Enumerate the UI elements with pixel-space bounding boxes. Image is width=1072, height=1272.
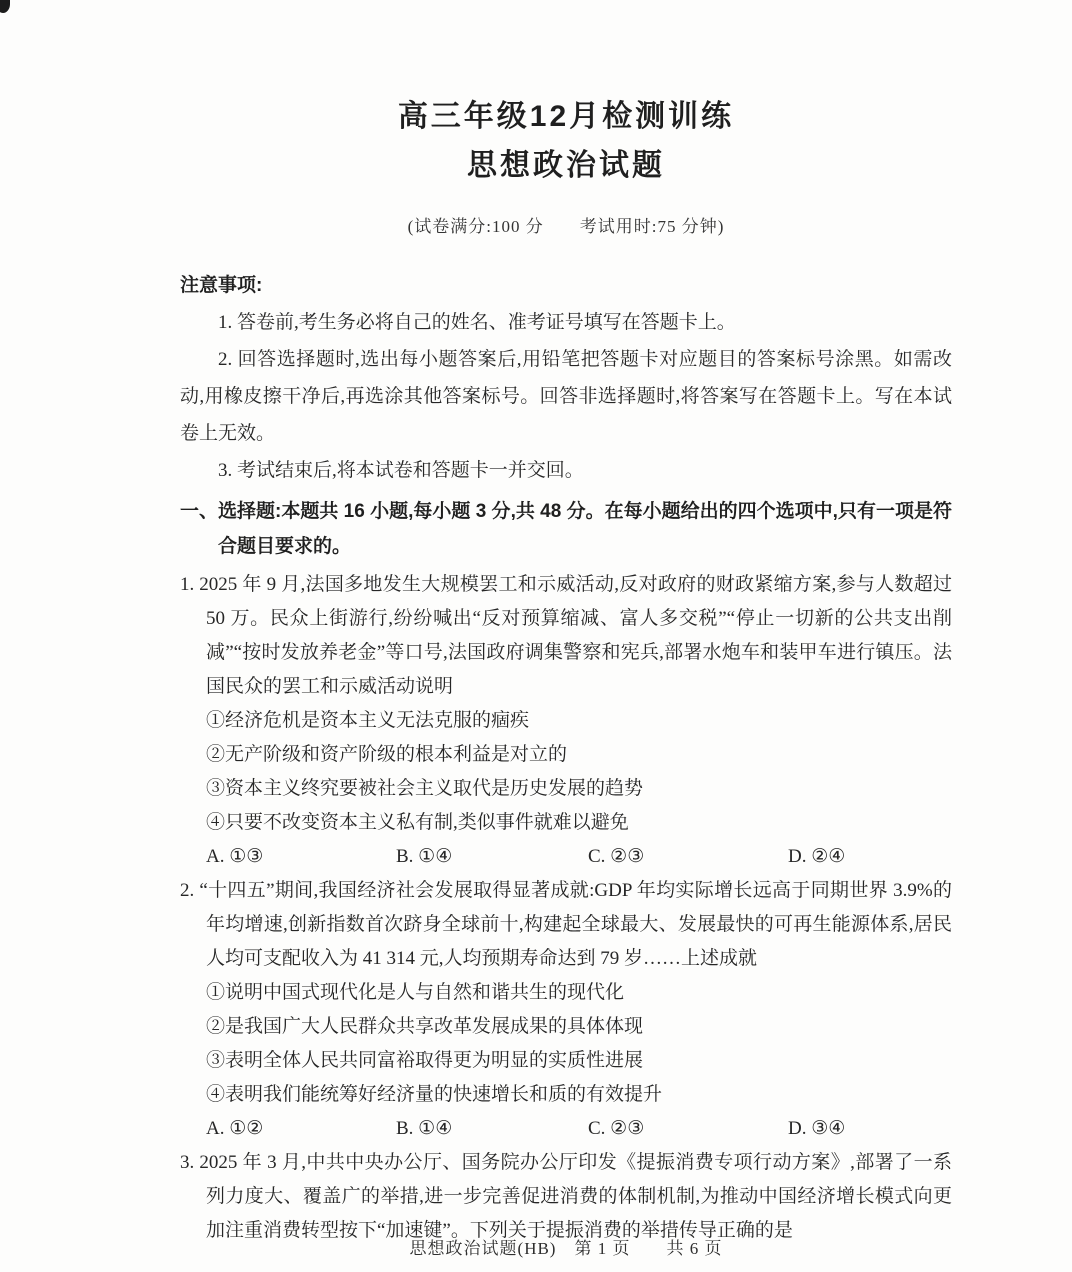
paper-title-line1: 高三年级12月检测训练	[180, 92, 952, 141]
question-1-option-a: A. ①③	[206, 840, 396, 874]
question-2-option-a: A. ①②	[206, 1112, 396, 1146]
question-3-stem: 3. 2025 年 3 月,中共中央办公厅、国务院办公厅印发《提振消费专项行动方…	[180, 1146, 952, 1248]
paper-title-line2: 思想政治试题	[180, 141, 952, 190]
question-2-item-2: ②是我国广大人民群众共享改革发展成果的具体体现	[180, 1010, 952, 1044]
question-2-text: “十四五”期间,我国经济社会发展取得显著成就:GDP 年均实际增长远高于同期世界…	[199, 880, 952, 969]
exam-info: (试卷满分:100 分 考试用时:75 分钟)	[180, 212, 952, 237]
question-1-options: A. ①③ B. ①④ C. ②③ D. ②④	[180, 840, 952, 874]
question-1: 1. 2025 年 9 月,法国多地发生大规模罢工和示威活动,反对政府的财政紧缩…	[180, 568, 952, 874]
question-1-stem: 1. 2025 年 9 月,法国多地发生大规模罢工和示威活动,反对政府的财政紧缩…	[180, 568, 952, 704]
choice-questions-section: 一、选择题:本题共 16 小题,每小题 3 分,共 48 分。在每小题给出的四个…	[180, 494, 952, 1248]
note-item-3: 3. 考试结束后,将本试卷和答题卡一并交回。	[180, 452, 952, 489]
question-2-options: A. ①② B. ①④ C. ②③ D. ③④	[180, 1112, 952, 1146]
question-2-item-4: ④表明我们能统筹好经济量的快速增长和质的有效提升	[180, 1078, 952, 1112]
question-1-text: 2025 年 9 月,法国多地发生大规模罢工和示威活动,反对政府的财政紧缩方案,…	[199, 574, 952, 697]
question-1-option-d: D. ②④	[788, 840, 845, 874]
question-3-number: 3.	[180, 1152, 194, 1173]
question-2-option-c: C. ②③	[588, 1112, 788, 1146]
question-2-option-b: B. ①④	[396, 1112, 588, 1146]
paper-header: 高三年级12月检测训练 思想政治试题 (试卷满分:100 分 考试用时:75 分…	[180, 92, 952, 237]
note-item-1: 1. 答卷前,考生务必将自己的姓名、准考证号填写在答题卡上。	[180, 304, 952, 341]
question-3-text: 2025 年 3 月,中共中央办公厅、国务院办公厅印发《提振消费专项行动方案》,…	[199, 1152, 952, 1241]
question-1-option-c: C. ②③	[588, 840, 788, 874]
question-2-stem: 2. “十四五”期间,我国经济社会发展取得显著成就:GDP 年均实际增长远高于同…	[180, 874, 952, 976]
notes-heading: 注意事项:	[180, 268, 952, 304]
question-1-item-4: ④只要不改变资本主义私有制,类似事件就难以避免	[180, 806, 952, 840]
question-2-option-d: D. ③④	[788, 1112, 845, 1146]
exam-paper-page: 高三年级12月检测训练 思想政治试题 (试卷满分:100 分 考试用时:75 分…	[0, 0, 1072, 1272]
question-1-item-3: ③资本主义终究要被社会主义取代是历史发展的趋势	[180, 772, 952, 806]
footer-text: 思想政治试题(HB) 第 1 页 共 6 页	[410, 1239, 723, 1258]
question-1-option-b: B. ①④	[396, 840, 588, 874]
question-2-number: 2.	[180, 880, 194, 901]
notes-section: 注意事项: 1. 答卷前,考生务必将自己的姓名、准考证号填写在答题卡上。 2. …	[180, 268, 952, 489]
page-footer: 思想政治试题(HB) 第 1 页 共 6 页	[180, 1234, 952, 1259]
question-1-number: 1.	[180, 574, 194, 595]
question-2-item-3: ③表明全体人民共同富裕取得更为明显的实质性进展	[180, 1044, 952, 1078]
question-3: 3. 2025 年 3 月,中共中央办公厅、国务院办公厅印发《提振消费专项行动方…	[180, 1146, 952, 1248]
section-heading: 一、选择题:本题共 16 小题,每小题 3 分,共 48 分。在每小题给出的四个…	[180, 494, 952, 564]
question-1-item-1: ①经济危机是资本主义无法克服的痼疾	[180, 704, 952, 738]
scan-corner-artifact	[0, 0, 10, 13]
question-2: 2. “十四五”期间,我国经济社会发展取得显著成就:GDP 年均实际增长远高于同…	[180, 874, 952, 1146]
note-item-2: 2. 回答选择题时,选出每小题答案后,用铅笔把答题卡对应题目的答案标号涂黑。如需…	[180, 341, 952, 452]
question-2-item-1: ①说明中国式现代化是人与自然和谐共生的现代化	[180, 976, 952, 1010]
question-1-item-2: ②无产阶级和资产阶级的根本利益是对立的	[180, 738, 952, 772]
